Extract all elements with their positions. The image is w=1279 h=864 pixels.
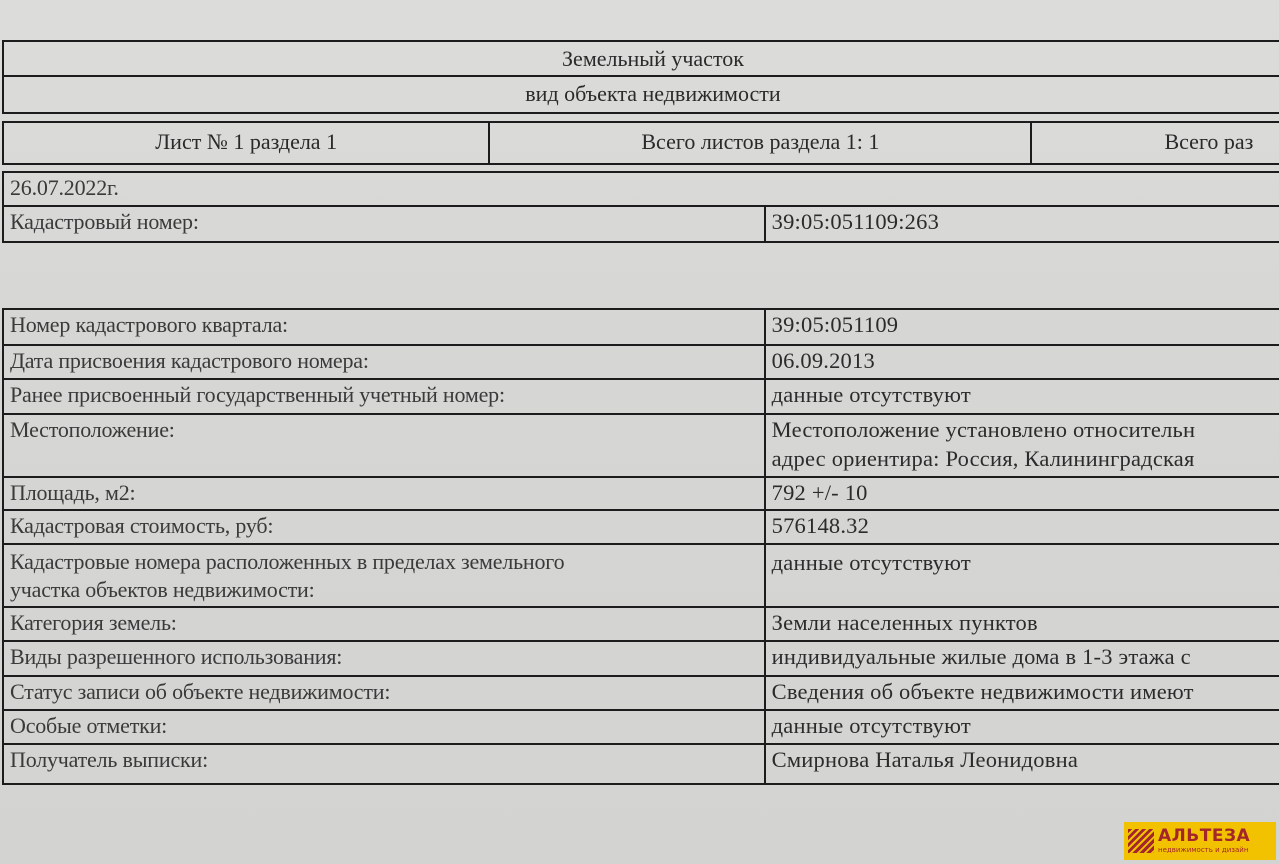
row-value: Смирнова Наталья Леонидовна (764, 745, 1279, 783)
total-sections: Всего раз (1030, 123, 1279, 163)
row-value: 06.09.2013 (764, 346, 1279, 378)
row-value: Сведения об объекте недвижимости имеют (764, 677, 1279, 709)
row-label-line-2: участка объектов недвижимости: (10, 576, 758, 604)
property-details-table: Номер кадастрового квартала: 39:05:05110… (2, 308, 1279, 785)
table-row: Получатель выписки: Смирнова Наталья Лео… (4, 745, 1279, 783)
table-row: Кадастровые номера расположенных в преде… (4, 545, 1279, 608)
row-label: Статус записи об объекте недвижимости: (4, 677, 764, 709)
row-label: Получатель выписки: (4, 745, 764, 783)
cadastral-number-label: Кадастровый номер: (4, 207, 764, 241)
row-label-line-1: Кадастровые номера расположенных в преде… (10, 548, 758, 576)
location-line-1: Местоположение установлено относительн (772, 415, 1279, 444)
row-value: 39:05:051109 (764, 310, 1279, 344)
table-row: Номер кадастрового квартала: 39:05:05110… (4, 310, 1279, 346)
row-label: Местоположение: (4, 415, 764, 476)
table-row: Виды разрешенного использования: индивид… (4, 642, 1279, 677)
row-value: Земли населенных пунктов (764, 608, 1279, 640)
logo-tagline: недвижимость и дизайн (1158, 847, 1250, 854)
table-row: Категория земель: Земли населенных пункт… (4, 608, 1279, 642)
sheet-number: Лист № 1 раздела 1 (4, 123, 488, 163)
row-value: Местоположение установлено относительн а… (764, 415, 1279, 476)
row-value: 792 +/- 10 (764, 478, 1279, 509)
row-label: Ранее присвоенный государственный учетны… (4, 380, 764, 413)
row-label: Кадастровые номера расположенных в преде… (4, 545, 764, 606)
logo-stripes-icon (1128, 829, 1154, 853)
table-row: Статус записи об объекте недвижимости: С… (4, 677, 1279, 711)
cadastral-number-value: 39:05:051109:263 (764, 207, 1279, 241)
table-row: Особые отметки: данные отсутствуют (4, 711, 1279, 745)
row-value: данные отсутствуют (764, 545, 1279, 606)
object-type-header: Земельный участок вид объекта недвижимос… (2, 40, 1279, 114)
table-row: Дата присвоения кадастрового номера: 06.… (4, 346, 1279, 380)
object-type: Земельный участок (4, 42, 1279, 75)
row-label: Кадастровая стоимость, руб: (4, 511, 764, 543)
sheet-info-row: Лист № 1 раздела 1 Всего листов раздела … (2, 121, 1279, 165)
row-value: индивидуальные жилые дома в 1-3 этажа с (764, 642, 1279, 675)
table-row: Площадь, м2: 792 +/- 10 (4, 478, 1279, 511)
table-row: Местоположение: Местоположение установле… (4, 415, 1279, 478)
row-value: данные отсутствуют (764, 380, 1279, 413)
document-meta: 26.07.2022г. Кадастровый номер: 39:05:05… (2, 171, 1279, 243)
location-line-2: адрес ориентира: Россия, Калининградская (772, 444, 1279, 473)
row-label: Категория земель: (4, 608, 764, 640)
row-label: Особые отметки: (4, 711, 764, 743)
row-label: Дата присвоения кадастрового номера: (4, 346, 764, 378)
document-date: 26.07.2022г. (4, 173, 1279, 205)
altesa-logo: АЛЬТЕЗА недвижимость и дизайн (1124, 822, 1276, 860)
row-value: 576148.32 (764, 511, 1279, 543)
object-type-caption: вид объекта недвижимости (4, 77, 1279, 112)
table-row: Кадастровая стоимость, руб: 576148.32 (4, 511, 1279, 545)
row-label: Площадь, м2: (4, 478, 764, 509)
row-label: Виды разрешенного использования: (4, 642, 764, 675)
document-page: Земельный участок вид объекта недвижимос… (0, 0, 1279, 864)
total-sheets-section: Всего листов раздела 1: 1 (488, 123, 1030, 163)
logo-brand: АЛЬТЕЗА (1158, 828, 1250, 845)
row-value: данные отсутствуют (764, 711, 1279, 743)
table-row: Ранее присвоенный государственный учетны… (4, 380, 1279, 415)
row-label: Номер кадастрового квартала: (4, 310, 764, 344)
